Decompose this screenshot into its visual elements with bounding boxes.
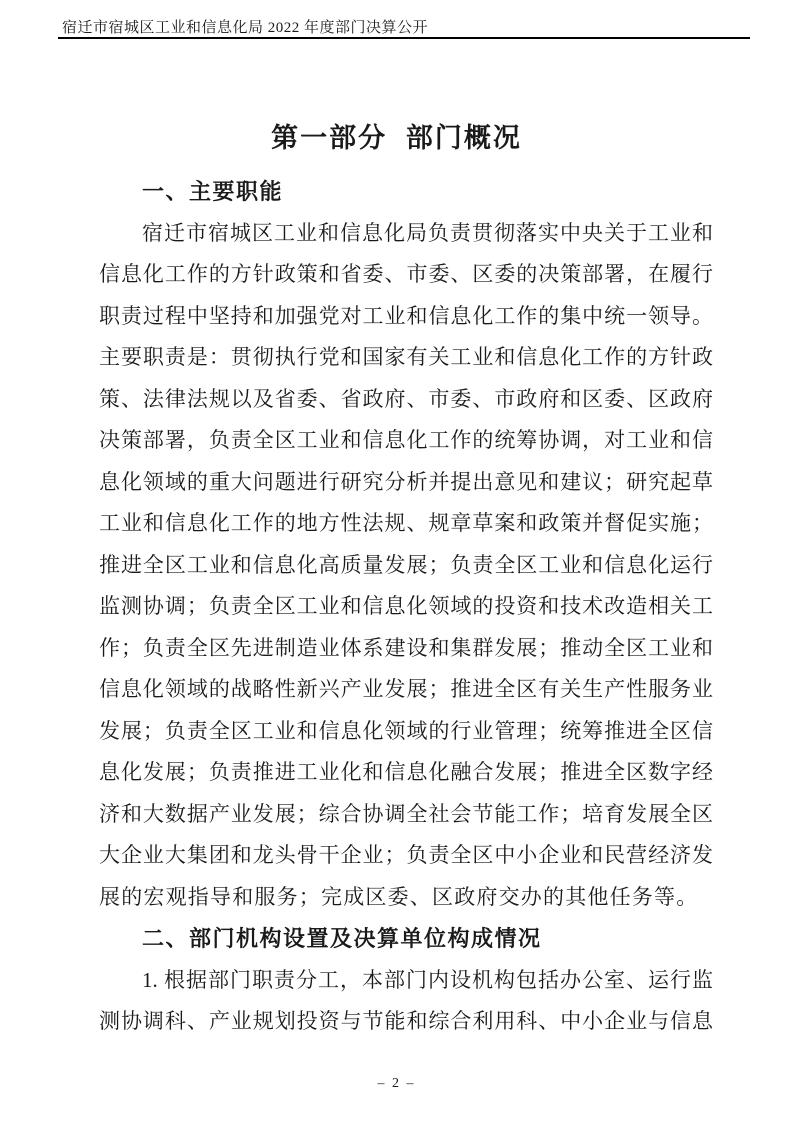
document-body: 一、主要职能 宿迁市宿城区工业和信息化局负责贯彻落实中央关于工业和 信息化工作的… [99, 171, 713, 1043]
paragraph-line: 策、法律法规以及省委、省政府、市委、市政府和区委、区政府 [99, 379, 713, 421]
paragraph-line: 展的宏观指导和服务；完成区委、区政府交办的其他任务等。 [99, 877, 713, 919]
paragraph-line: 工业和信息化工作的地方性法规、规章草案和政策并督促实施； [99, 503, 713, 545]
section-2-heading: 二、部门机构设置及决算单位构成情况 [99, 918, 713, 960]
paragraph-line: 大企业大集团和龙头骨干企业；负责全区中小企业和民营经济发 [99, 835, 713, 877]
document-title: 第一部分 部门概况 [0, 121, 793, 155]
paragraph-line: 息化发展；负责推进工业化和信息化融合发展；推进全区数字经 [99, 752, 713, 794]
paragraph-line: 发展；负责全区工业和信息化领域的行业管理；统筹推进全区信 [99, 711, 713, 753]
document-page: 宿迁市宿城区工业和信息化局 2022 年度部门决算公开 第一部分 部门概况 一、… [0, 0, 793, 1122]
paragraph-line: 测协调科、产业规划投资与节能和综合利用科、中小企业与信息 [99, 1001, 713, 1043]
paragraph-line: 决策部署，负责全区工业和信息化工作的统筹协调，对工业和信 [99, 420, 713, 462]
paragraph-line: 息化领域的重大问题进行研究分析并提出意见和建议；研究起草 [99, 462, 713, 504]
paragraph-line: 宿迁市宿城区工业和信息化局负责贯彻落实中央关于工业和 [99, 213, 713, 255]
paragraph-line: 监测协调；负责全区工业和信息化领域的投资和技术改造相关工 [99, 586, 713, 628]
paragraph-line: 作；负责全区先进制造业体系建设和集群发展；推动全区工业和 [99, 628, 713, 670]
paragraph-line: 职责过程中坚持和加强党对工业和信息化工作的集中统一领导。 [99, 296, 713, 338]
header-divider [58, 37, 750, 39]
paragraph-line: 信息化领域的战略性新兴产业发展；推进全区有关生产性服务业 [99, 669, 713, 711]
paragraph-line: 信息化工作的方针政策和省委、市委、区委的决策部署，在履行 [99, 254, 713, 296]
page-header-title: 宿迁市宿城区工业和信息化局 2022 年度部门决算公开 [62, 19, 428, 37]
paragraph-line: 主要职责是：贯彻执行党和国家有关工业和信息化工作的方针政 [99, 337, 713, 379]
paragraph-line: 推进全区工业和信息化高质量发展；负责全区工业和信息化运行 [99, 545, 713, 587]
paragraph-line: 济和大数据产业发展；综合协调全社会节能工作；培育发展全区 [99, 794, 713, 836]
section-1-heading: 一、主要职能 [99, 171, 713, 213]
paragraph-line: 1. 根据部门职责分工，本部门内设机构包括办公室、运行监 [99, 960, 713, 1002]
page-number: – 2 – [0, 1076, 793, 1092]
